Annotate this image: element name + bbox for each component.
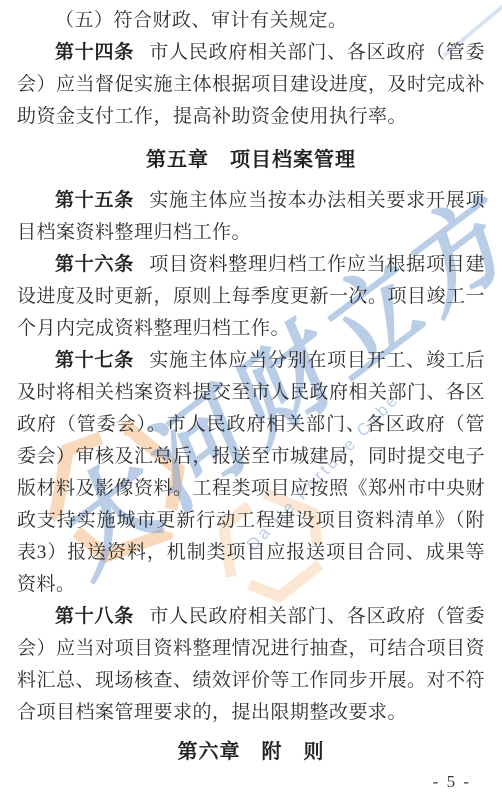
- article-16-paragraph: 第十六条项目资料整理归档工作应当根据项目建设进度及时更新，原则上每季度更新一次。…: [17, 249, 485, 345]
- article-16-number: 第十六条: [55, 254, 134, 275]
- document-page: 大河财立方 Da He Fortune Cube （五）符合财政、审计有关规定。…: [0, 0, 502, 801]
- article-18-number: 第十八条: [55, 606, 134, 627]
- article-17-text: 实施主体应当分别在项目开工、竣工后及时将相关档案资料提交至市人民政府相关部门、各…: [17, 350, 485, 595]
- chapter-6-heading: 第六章 附 则: [17, 737, 485, 767]
- article-15-number: 第十五条: [55, 190, 134, 211]
- article-17-paragraph: 第十七条实施主体应当分别在项目开工、竣工后及时将相关档案资料提交至市人民政府相关…: [17, 345, 485, 601]
- clause-item-five: （五）符合财政、审计有关规定。: [17, 5, 485, 37]
- article-14-number: 第十四条: [55, 42, 134, 63]
- clause-text: （五）符合财政、审计有关规定。: [55, 10, 348, 31]
- chapter-5-heading: 第五章 项目档案管理: [17, 145, 485, 175]
- article-17-number: 第十七条: [55, 350, 134, 371]
- page-number: - 5 -: [17, 773, 485, 791]
- article-15-paragraph: 第十五条实施主体应当按本办法相关要求开展项目档案资料整理归档工作。: [17, 185, 485, 249]
- article-18-paragraph: 第十八条市人民政府相关部门、各区政府（管委会）应当对项目资料整理情况进行抽查，可…: [17, 601, 485, 729]
- document-content: （五）符合财政、审计有关规定。 第十四条市人民政府相关部门、各区政府（管委会）应…: [0, 0, 502, 791]
- article-14-paragraph: 第十四条市人民政府相关部门、各区政府（管委会）应当督促实施主体根据项目建设进度，…: [17, 37, 485, 133]
